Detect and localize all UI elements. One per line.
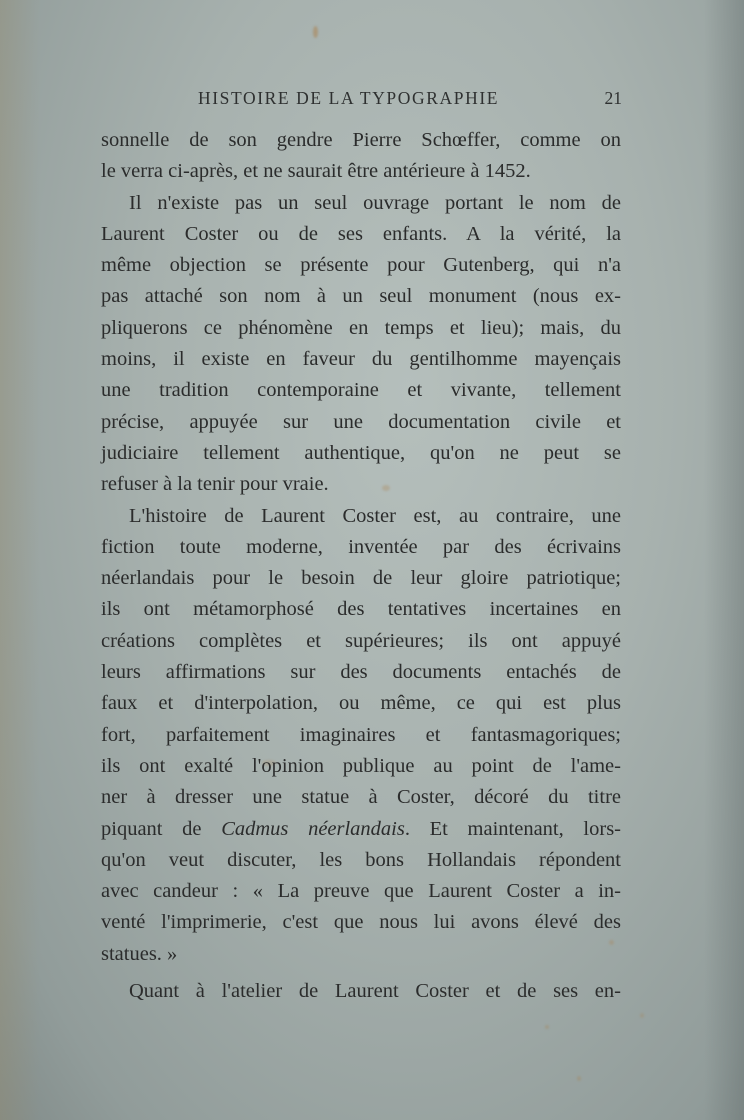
text-span: piquant de <box>101 818 221 840</box>
paper-stain <box>640 1013 644 1018</box>
text-line: Il n'existe pas un seul ouvrage portant … <box>101 188 621 219</box>
text-line: judiciaire tellement authentique, qu'on … <box>101 438 621 469</box>
text-line: Quant à l'atelier de Laurent Coster et d… <box>101 976 621 1007</box>
text-span: . Et maintenant, lors- <box>405 818 621 840</box>
paper-stain <box>545 1025 549 1029</box>
text-line: faux et d'interpolation, ou même, ce qui… <box>101 688 621 719</box>
text-line: fiction toute moderne, inventée par des … <box>101 532 621 563</box>
text-line: avec candeur : « La preuve que Laurent C… <box>101 876 621 907</box>
text-line: venté l'imprimerie, c'est que nous lui a… <box>101 907 621 938</box>
text-line: fort, parfaitement imaginaires et fantas… <box>101 720 621 751</box>
text-line: leurs affirmations sur des documents ent… <box>101 657 621 688</box>
text-line: une tradition contemporaine et vivante, … <box>101 375 621 406</box>
body-text: sonnelle de son gendre Pierre Schœffer, … <box>101 125 621 1007</box>
text-line: L'histoire de Laurent Coster est, au con… <box>101 501 621 532</box>
page-number: 21 <box>605 88 623 109</box>
text-line: pliquerons ce phénomène en temps et lieu… <box>101 313 621 344</box>
text-line: Laurent Coster ou de ses enfants. A la v… <box>101 219 621 250</box>
text-line: refuser à la tenir pour vraie. <box>101 469 621 500</box>
text-line: néerlandais pour le besoin de leur gloir… <box>101 563 621 594</box>
running-title: HISTOIRE DE LA TYPOGRAPHIE <box>198 88 499 109</box>
text-line: moins, il existe en faveur du gentilhomm… <box>101 344 621 375</box>
text-line-with-italic: piquant de Cadmus néerlandais. Et mainte… <box>101 814 621 845</box>
text-line: créations complètes et supérieures; ils … <box>101 626 621 657</box>
text-line: ils ont métamorphosé des tentatives ince… <box>101 594 621 625</box>
italic-title-cadmus: Cadmus néerlandais <box>221 818 405 840</box>
text-line: sonnelle de son gendre Pierre Schœffer, … <box>101 125 621 156</box>
running-header: HISTOIRE DE LA TYPOGRAPHIE 21 <box>198 88 628 110</box>
text-line: qu'on veut discuter, les bons Hollandais… <box>101 845 621 876</box>
page-edge-shadow-right <box>704 0 744 1120</box>
text-line: statues. » <box>101 939 621 970</box>
paper-stain <box>577 1076 581 1081</box>
text-line: ils ont exalté l'opinion publique au poi… <box>101 751 621 782</box>
page-edge-shadow-left <box>0 0 40 1120</box>
text-line: pas attaché son nom à un seul monument (… <box>101 281 621 312</box>
text-line: même objection se présente pour Gutenber… <box>101 250 621 281</box>
text-line: précise, appuyée sur une documentation c… <box>101 407 621 438</box>
text-line: ner à dresser une statue à Coster, décor… <box>101 782 621 813</box>
paper-stain <box>313 26 318 38</box>
text-line: le verra ci-après, et ne saurait être an… <box>101 156 621 187</box>
